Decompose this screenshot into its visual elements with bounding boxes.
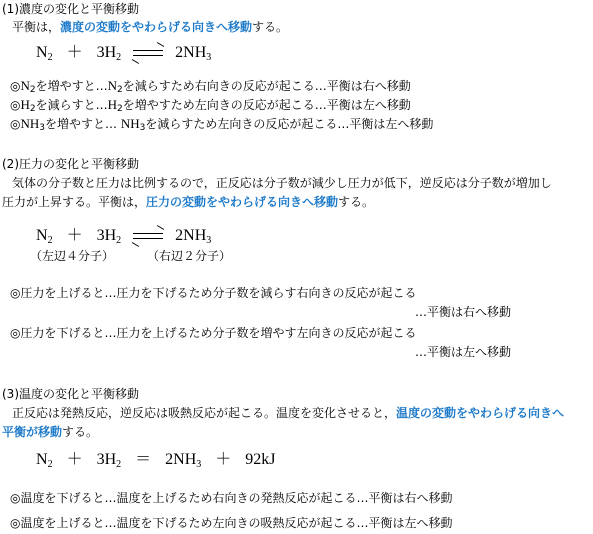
section2-bullet-2-line1: ◎圧力を下げると…圧力を上げるため分子数を増やす左向きの反応が起こる [10, 325, 416, 341]
section2-bullet-1-line1: ◎圧力を上げると…圧力を下げるため分子数を減らす右向きの反応が起こる [10, 285, 416, 301]
right-side-note: （右辺２分子） [147, 248, 231, 264]
section2-bullet-2-line2: …平衡は左へ移動 [415, 344, 511, 360]
section1-equation: N2 ＋ 3H2 2NH3 [36, 45, 211, 61]
section3-bullet-2: ◎温度を上げると…温度を下げるため左向きの吸熱反応が起こる…平衡は左へ移動 [10, 515, 452, 531]
intro-text-end: する。 [252, 20, 288, 34]
section2-paragraph-line2: 圧力が上昇する。平衡は，圧力の変動をやわらげる向きへ移動する。 [2, 194, 374, 210]
section3-equation: N2 ＋ 3H2 ＝ 2NH3 ＋ 92kJ [36, 452, 276, 468]
temperature-emphasis: 温度の変動をやわらげる向きへ [396, 406, 564, 420]
section2-bullet-1-line2: …平衡は右へ移動 [415, 304, 511, 320]
intro-emphasis: 濃度の変動をやわらげる向きへ移動 [60, 20, 252, 34]
section2-paragraph-line1: 気体の分子数と圧力は比例するので，正反応は分子数が減少し圧力が低下，逆反応は分子… [12, 175, 552, 191]
intro-text: 平衡は， [12, 20, 60, 34]
section1-heading: (1)濃度の変化と平衡移動 [2, 1, 139, 17]
section1-bullet-1: ◎N2を増やすと…N2を減らすため右向きの反応が起こる…平衡は右へ移動 [10, 78, 411, 94]
section1-intro: 平衡は，濃度の変動をやわらげる向きへ移動する。 [12, 19, 288, 35]
section3-heading: (3)温度の変化と平衡移動 [2, 386, 139, 402]
equilibrium-arrow-icon [131, 48, 165, 58]
left-side-note: （左辺４分子） [30, 248, 114, 264]
section1-bullet-3: ◎NH3を増やすと… NH3を減らすため左向きの反応が起こる…平衡は左へ移動 [10, 116, 433, 132]
section3-paragraph-line2: 平衡が移動する。 [2, 424, 98, 440]
equilibrium-arrow-icon [131, 231, 165, 241]
section2-equation: N2 ＋ 3H2 2NH3 [36, 228, 211, 244]
section3-paragraph-line1: 正反応は発熱反応，逆反応は吸熱反応が起こる。温度を変化させると，温度の変動をやわ… [12, 405, 564, 421]
section2-heading: (2)圧力の変化と平衡移動 [2, 156, 139, 172]
section3-bullet-1: ◎温度を下げると…温度を上げるため右向きの発熱反応が起こる…平衡は右へ移動 [10, 490, 452, 506]
pressure-emphasis: 圧力の変動をやわらげる向きへ移動 [146, 195, 338, 209]
section1-bullet-2: ◎H2を減らすと…H2を増やすため左向きの反応が起こる…平衡は左へ移動 [10, 97, 411, 113]
